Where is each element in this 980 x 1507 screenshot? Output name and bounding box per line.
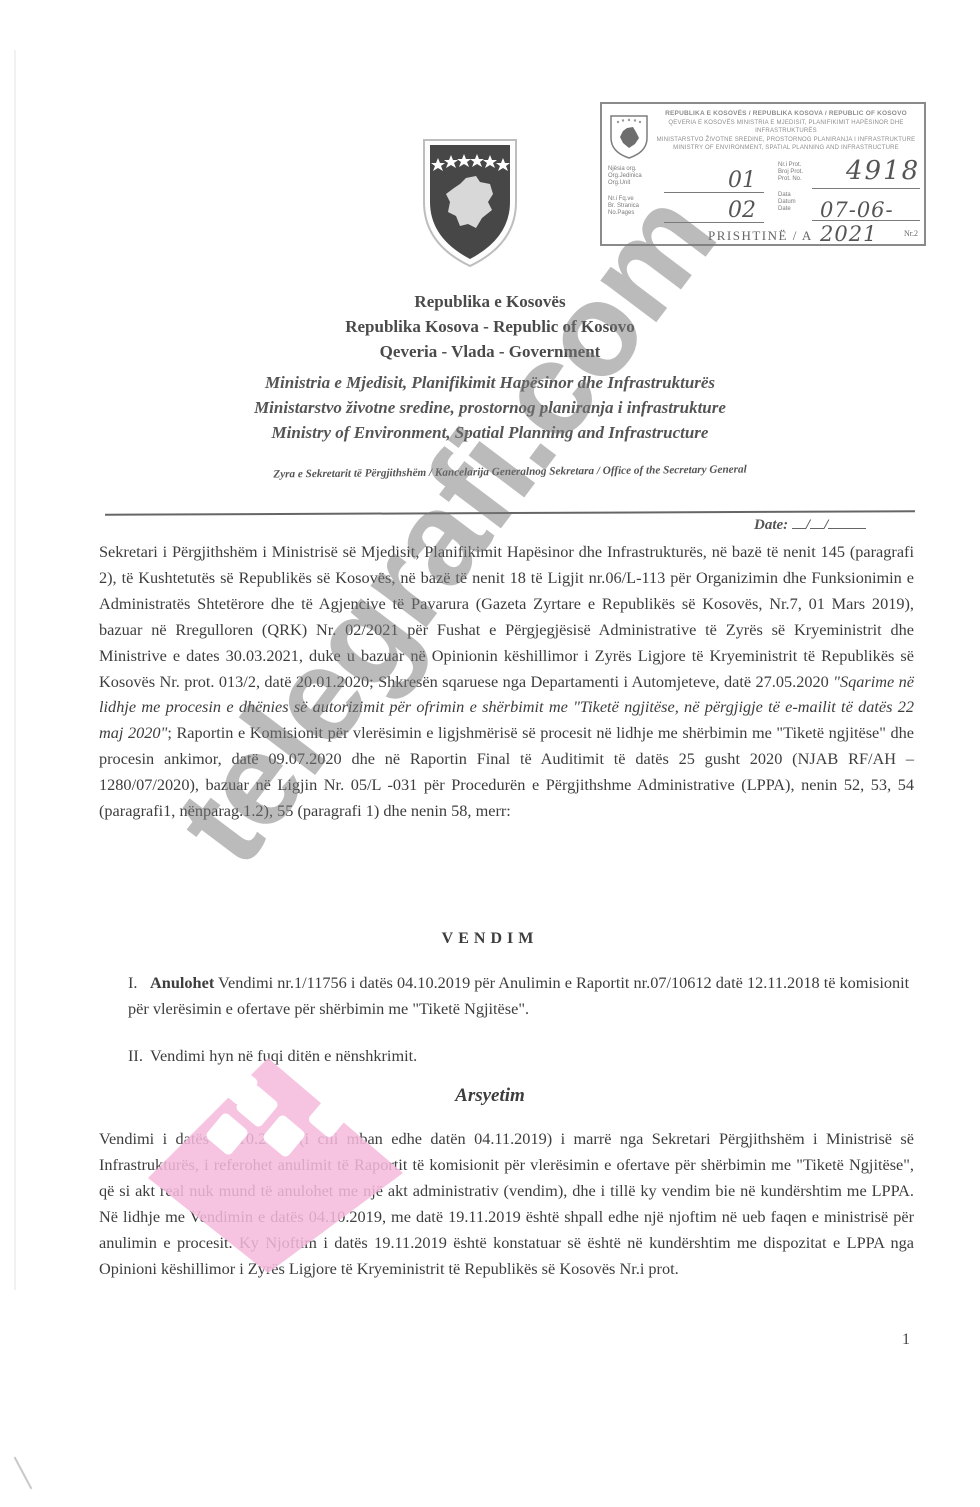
republic-header: Republika e Kosovës Republika Kosova - R… xyxy=(0,289,980,364)
page-number: 1 xyxy=(902,1331,910,1349)
reasoning-title: Arsyetim xyxy=(0,1085,980,1107)
preamble-paragraph: Sekretari i Përgjithshëm i Ministrisë së… xyxy=(99,539,914,824)
stamp-label-pages: Nr.i Fq.ve Br. Stranica No.Pages xyxy=(608,196,639,217)
stamp-number: Nr.2 xyxy=(904,229,918,238)
stamp-emblem-icon xyxy=(608,112,650,160)
stamp-protocol-number: 4918 xyxy=(846,156,920,186)
stamp-label-date: Data Datum Date xyxy=(778,192,796,213)
decision-point: II.Vendimi hyn në fuqi ditën e nënshkrim… xyxy=(128,1043,914,1069)
document-page: REPUBLIKA E KOSOVËS / REPUBLIKA KOSOVA /… xyxy=(0,0,980,1507)
stamp-org-unit-value: 01 xyxy=(728,168,756,193)
stamp-label-protocol: Nr.i Prot. Broj Prot. Prot. No. xyxy=(778,162,803,183)
kosovo-coat-of-arms-icon xyxy=(420,132,520,270)
stamp-pages-value: 02 xyxy=(728,198,756,223)
reasoning-paragraph: Vendimi i datës 04.10.2019 (i cili mban … xyxy=(99,1126,914,1281)
decision-title: VENDIM xyxy=(0,930,980,948)
stamp-header: REPUBLIKA E KOSOVËS / REPUBLIKA KOSOVA /… xyxy=(654,110,918,153)
stamp-underline xyxy=(812,188,920,189)
stamp-date-value: 07-06-2021 xyxy=(820,198,924,246)
scan-mark xyxy=(14,1457,33,1490)
decision-point: I.Anulohet Vendimi nr.1/11756 i datës 04… xyxy=(128,970,914,1022)
date-field: Date: // xyxy=(754,515,866,534)
registry-stamp: REPUBLIKA E KOSOVËS / REPUBLIKA KOSOVA /… xyxy=(600,102,926,246)
ministry-header: Ministria e Mjedisit, Planifikimit Hapës… xyxy=(0,370,980,445)
stamp-label-org-unit: Njësia org. Org.Jedinica Org.Unit xyxy=(608,166,642,187)
office-line: Zyra e Sekretarit të Përgjithshëm / Kanc… xyxy=(165,462,855,481)
stamp-city: PRISHTINË / A xyxy=(708,228,813,244)
